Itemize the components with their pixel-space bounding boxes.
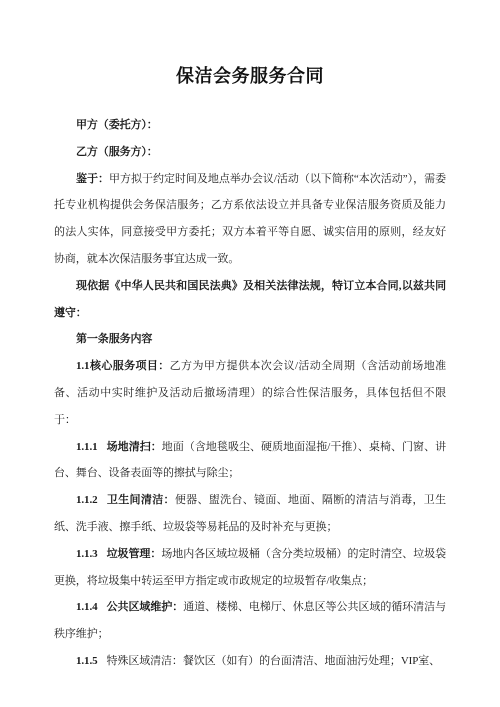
clause-label: 公共区域维护： [107,601,184,613]
clause-label: 特殊区域清洁： [107,655,183,667]
preamble-paragraph: 鉴于：甲方拟于约定时间及地点举办会议/活动（以下简称“本次活动”），需委托专业机… [54,166,446,273]
page-title: 保洁会务服务合同 [54,62,446,90]
party-a-line: 甲方（委托方）： [54,112,446,139]
clause-number: 1.1.4 [76,601,98,613]
clause-item-1-1-5: 1.1.5特殊区域清洁：餐饮区（如有）的台面清洁、地面油污处理；VIP室、 [54,648,446,675]
legal-basis-paragraph: 现依据《中华人民共和国民法典》及相关法律法规，特订立本合同,以兹共同遵守： [54,273,446,327]
preamble-body: 甲方拟于约定时间及地点举办会议/活动（以下简称“本次活动”），需委托专业机构提供… [54,173,446,265]
clause-label: 垃圾管理： [107,548,162,560]
party-b-line: 乙方（服务方）： [54,139,446,166]
clause-1-1-lead: 1.1核心服务项目： [76,360,170,372]
clause-label: 卫生间清洁： [107,494,175,506]
clause-number: 1.1.3 [76,548,98,560]
clause-label: 场地清扫： [107,441,162,453]
clause-1-1-paragraph: 1.1核心服务项目：乙方为甲方提供本次会议/活动全周期（含活动前场地准备、活动中… [54,353,446,433]
preamble-lead: 鉴于： [76,173,109,185]
clause-item-1-1-3: 1.1.3垃圾管理：场地内各区域垃圾桶（含分类垃圾桶）的定时清空、垃圾袋更换，将… [54,541,446,595]
clause-item-1-1-1: 1.1.1场地清扫：地面（含地毯吸尘、硬质地面湿拖/干推）、桌椅、门窗、讲台、舞… [54,434,446,488]
clause-number: 1.1.1 [76,441,98,453]
contract-page: 保洁会务服务合同 甲方（委托方）： 乙方（服务方）： 鉴于：甲方拟于约定时间及地… [0,0,500,707]
clause-item-1-1-4: 1.1.4公共区域维护：通道、楼梯、电梯厅、休息区等公共区域的循环清洁与秩序维护… [54,594,446,648]
article-1-heading: 第一条服务内容 [54,326,446,353]
clause-body: 餐饮区（如有）的台面清洁、地面油污处理；VIP室、 [183,655,440,667]
clause-item-1-1-2: 1.1.2卫生间清洁：便器、盥洗台、镜面、地面、隔断的清洁与消毒，卫生纸、洗手液… [54,487,446,541]
clause-number: 1.1.2 [76,494,98,506]
clause-number: 1.1.5 [76,655,98,667]
